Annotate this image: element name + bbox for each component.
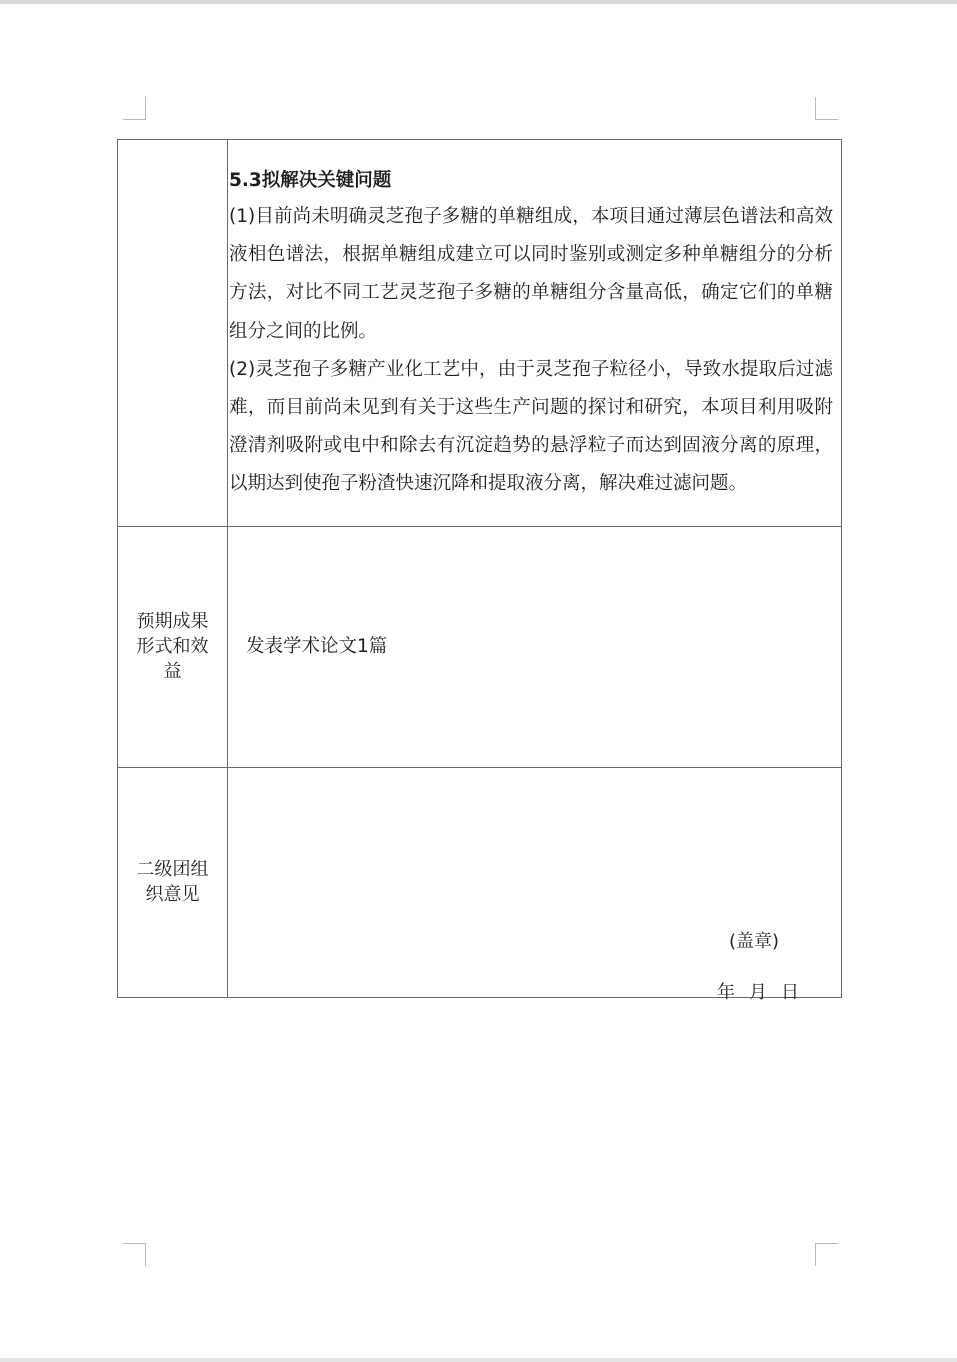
margin-corner-mark-bottom-right (815, 1243, 838, 1266)
section-heading: 5.3拟解决关键问题 (229, 166, 833, 196)
date-year-label: 年 (717, 982, 735, 1003)
org-opinion-label-cell: 二级团组织意见 (118, 767, 228, 997)
org-opinion-body: (盖章) 年月日 (228, 768, 841, 997)
expected-results-content-cell: 发表学术论文1篇 (228, 526, 842, 767)
margin-corner-mark-top-left (123, 97, 146, 120)
expected-results-body: 发表学术论文1篇 (228, 527, 841, 767)
key-issues-body: 5.3拟解决关键问题 (1)目前尚未明确灵芝孢子多糖的单糖组成，本项目通过薄层色… (228, 140, 841, 526)
key-issues-content-cell: 5.3拟解决关键问题 (1)目前尚未明确灵芝孢子多糖的单糖组成，本项目通过薄层色… (228, 140, 842, 527)
issue-paragraph-1: (1)目前尚未明确灵芝孢子多糖的单糖组成，本项目通过薄层色谱法和高效液相色谱法，… (229, 198, 833, 351)
org-opinion-label: 二级团组织意见 (133, 857, 213, 907)
table-row-org-opinion: 二级团组织意见 (盖章) 年月日 (118, 767, 842, 997)
org-opinion-content-cell: (盖章) 年月日 (228, 767, 842, 997)
margin-corner-mark-bottom-left (123, 1243, 146, 1266)
date-placeholder: 年月日 (717, 974, 799, 1012)
expected-results-label: 预期成果形式和效益 (133, 609, 213, 684)
expected-results-value: 发表学术论文1篇 (246, 628, 387, 666)
page-bottom-edge (0, 1358, 957, 1362)
date-day-label: 日 (781, 982, 799, 1003)
key-issues-label-cell (118, 140, 228, 527)
issue-paragraph-2: (2)灵芝孢子多糖产业化工艺中，由于灵芝孢子粒径小，导致水提取后过滤难，而目前尚… (229, 351, 833, 504)
expected-results-label-cell: 预期成果形式和效益 (118, 526, 228, 767)
application-form-table: 5.3拟解决关键问题 (1)目前尚未明确灵芝孢子多糖的单糖组成，本项目通过薄层色… (117, 139, 842, 998)
stamp-placeholder: (盖章) (729, 923, 779, 961)
margin-corner-mark-top-right (815, 97, 838, 120)
table-row-expected-results: 预期成果形式和效益 发表学术论文1篇 (118, 526, 842, 767)
page-top-edge (0, 0, 957, 4)
date-month-label: 月 (749, 982, 767, 1003)
table-row-key-issues: 5.3拟解决关键问题 (1)目前尚未明确灵芝孢子多糖的单糖组成，本项目通过薄层色… (118, 140, 842, 527)
